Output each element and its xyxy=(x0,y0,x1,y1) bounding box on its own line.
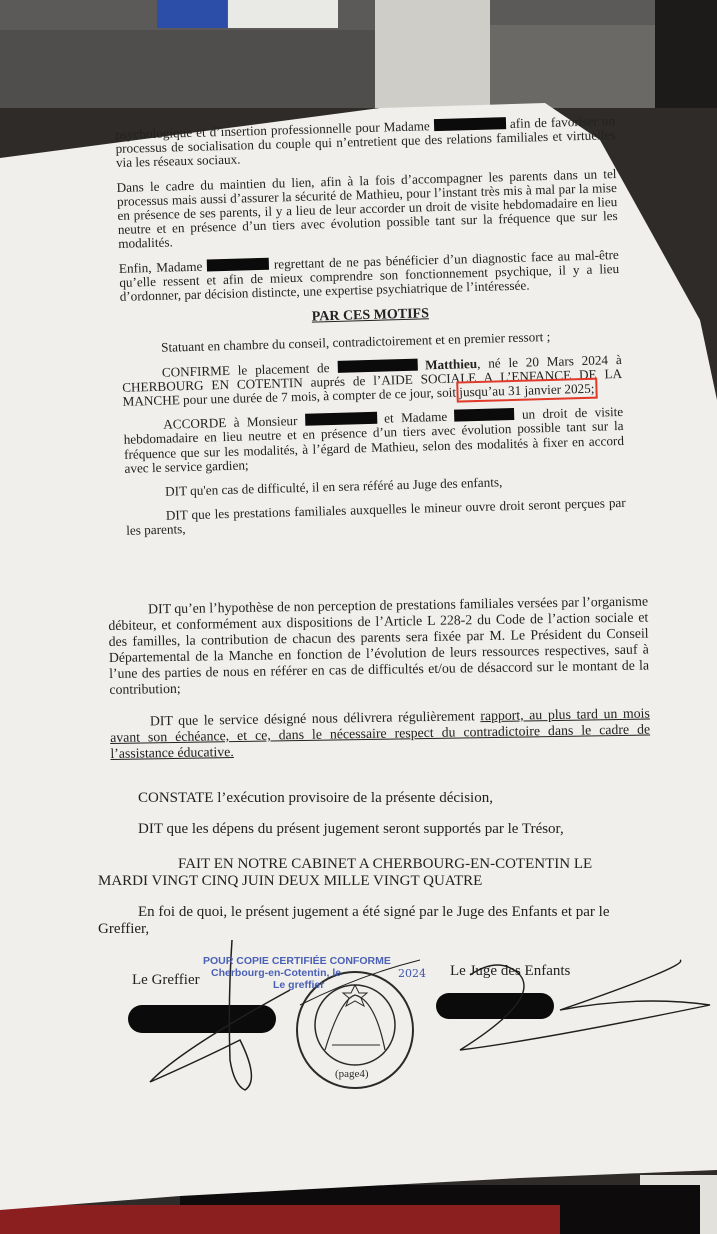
seal-page-number: (page4) xyxy=(335,1068,369,1080)
juge-signature xyxy=(460,960,710,1050)
stamp-line-1: POUR COPIE CERTIFIÉE CONFORME xyxy=(203,955,403,967)
stamp-line-3: Le greffier xyxy=(203,979,403,991)
stamp-line-2: Cherbourg-en-Cotentin, le xyxy=(203,967,403,979)
certified-copy-stamp: POUR COPIE CERTIFIÉE CONFORME Cherbourg-… xyxy=(203,955,403,991)
stamp-handwritten-date: 2024 xyxy=(398,968,426,980)
signatures-and-seal xyxy=(0,0,717,1234)
